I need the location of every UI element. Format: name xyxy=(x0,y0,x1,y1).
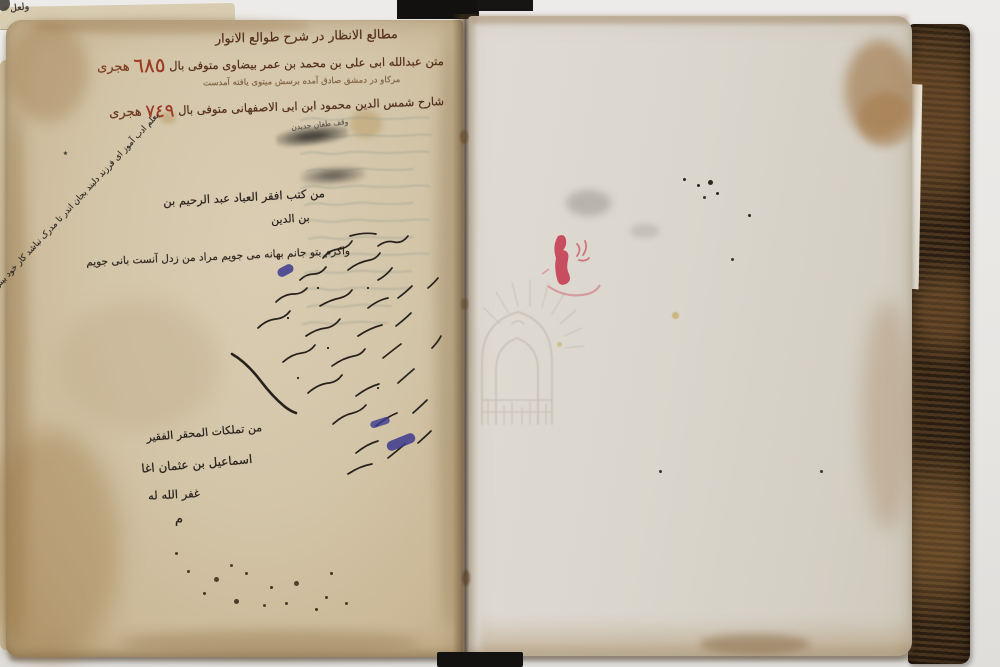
book-strap-top-right xyxy=(477,0,533,11)
margin-mark: ٭ xyxy=(63,150,68,160)
author-line-text: متن عبدالله ابى على بن محمد بن عمر بيضاو… xyxy=(169,54,444,73)
ink-spatter xyxy=(175,552,178,555)
right-page xyxy=(468,16,912,656)
commentator-line-suffix: هجرى xyxy=(109,105,142,121)
death-year-685: ٦٨٥ xyxy=(133,53,166,78)
owner-statement-3: غفر الله له xyxy=(148,487,200,502)
author-line-suffix: هجرى xyxy=(97,59,130,75)
gutter-shadow xyxy=(452,14,478,658)
dark-specks xyxy=(683,178,686,181)
owner-statement-4: م xyxy=(175,513,183,527)
book-strap-bottom xyxy=(437,652,523,667)
manuscript-photo: ولعل مطالع الانظار در شرح طوالع الانوار … xyxy=(0,0,1000,667)
